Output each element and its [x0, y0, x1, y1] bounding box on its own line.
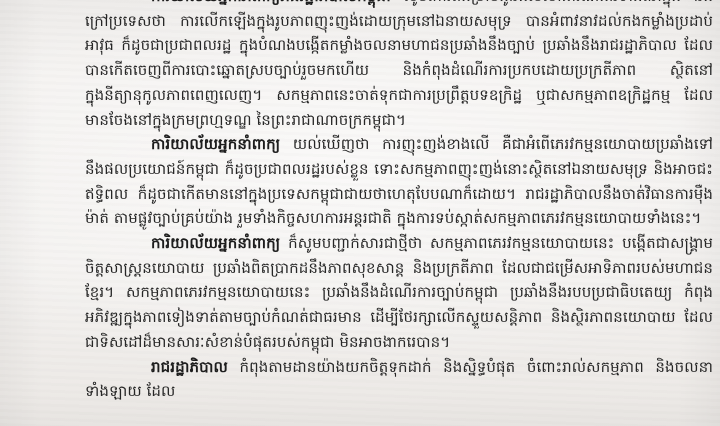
paragraph-4: រាជរដ្ឋាភិបាល កំពុងតាមដានយ៉ាងយកចិត្តទុកដ…: [85, 355, 713, 404]
paragraph-2-lead: ការិយាល័យអ្នកនាំពាក្យ: [151, 135, 280, 153]
paragraph-2: ការិយាល័យអ្នកនាំពាក្យ យល់ឃើញថា ការញុះញង់…: [85, 132, 713, 231]
paragraph-3-lead: ការិយាល័យអ្នកនាំពាក្យ: [151, 234, 280, 252]
paragraph-1-text: សូមគោរពជម្រាបជូនដល់សាធារណជនទាំងនៅក្នុង ន…: [85, 0, 713, 129]
document-body: ការិយាល័យអ្នកនាំពាក្យរាជរដ្ឋាភិបាលកម្ពុជ…: [85, 0, 713, 404]
paragraph-1: ការិយាល័យអ្នកនាំពាក្យរាជរដ្ឋាភិបាលកម្ពុជ…: [85, 0, 713, 132]
paragraph-3: ការិយាល័យអ្នកនាំពាក្យ ក៏សូមបញ្ជាក់សារជាថ…: [85, 231, 713, 355]
paragraph-1-lead: ការិយាល័យអ្នកនាំពាក្យរាជរដ្ឋាភិបាលកម្ពុជ…: [151, 0, 391, 5]
paragraph-4-lead: រាជរដ្ឋាភិបាល: [151, 358, 228, 376]
